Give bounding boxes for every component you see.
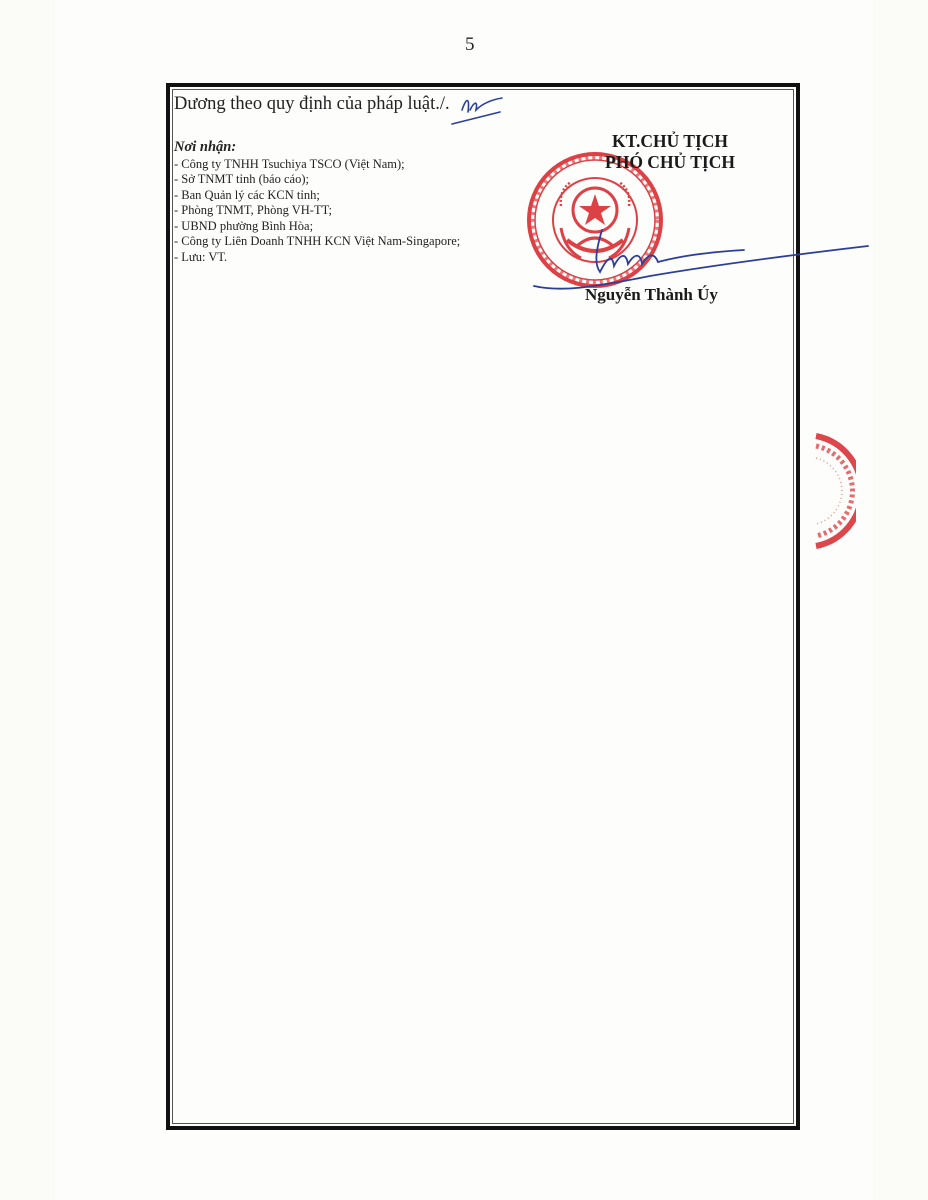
recipient-item: - Phòng TNMT, Phòng VH-TT; xyxy=(174,203,474,219)
recipients-title: Nơi nhận: xyxy=(174,140,474,156)
recipient-item: - Ban Quản lý các KCN tỉnh; xyxy=(174,188,474,204)
recipients-section: Nơi nhận: - Công ty TNHH Tsuchiya TSCO (… xyxy=(174,140,474,265)
recipient-item: - UBND phường Bình Hòa; xyxy=(174,219,474,235)
recipients-list: - Công ty TNHH Tsuchiya TSCO (Việt Nam);… xyxy=(174,157,474,266)
recipient-item: - Công ty TNHH Tsuchiya TSCO (Việt Nam); xyxy=(174,157,474,173)
edge-seal-partial-icon xyxy=(812,432,856,550)
signature-title-line2: PHÓ CHỦ TỊCH xyxy=(570,152,770,173)
closing-line: Dương theo quy định của pháp luật./. xyxy=(174,94,450,115)
initials-mark-icon xyxy=(448,88,508,130)
signer-name: Nguyễn Thành Úy xyxy=(585,285,718,305)
recipient-item: - Sở TNMT tỉnh (báo cáo); xyxy=(174,172,474,188)
recipient-item: - Lưu: VT. xyxy=(174,250,474,266)
recipient-item: - Công ty Liên Doanh TNHH KCN Việt Nam-S… xyxy=(174,234,474,250)
signature-title-block: KT.CHỦ TỊCH PHÓ CHỦ TỊCH xyxy=(570,131,770,173)
signature-title-line1: KT.CHỦ TỊCH xyxy=(570,131,770,152)
page-number: 5 xyxy=(465,34,475,56)
